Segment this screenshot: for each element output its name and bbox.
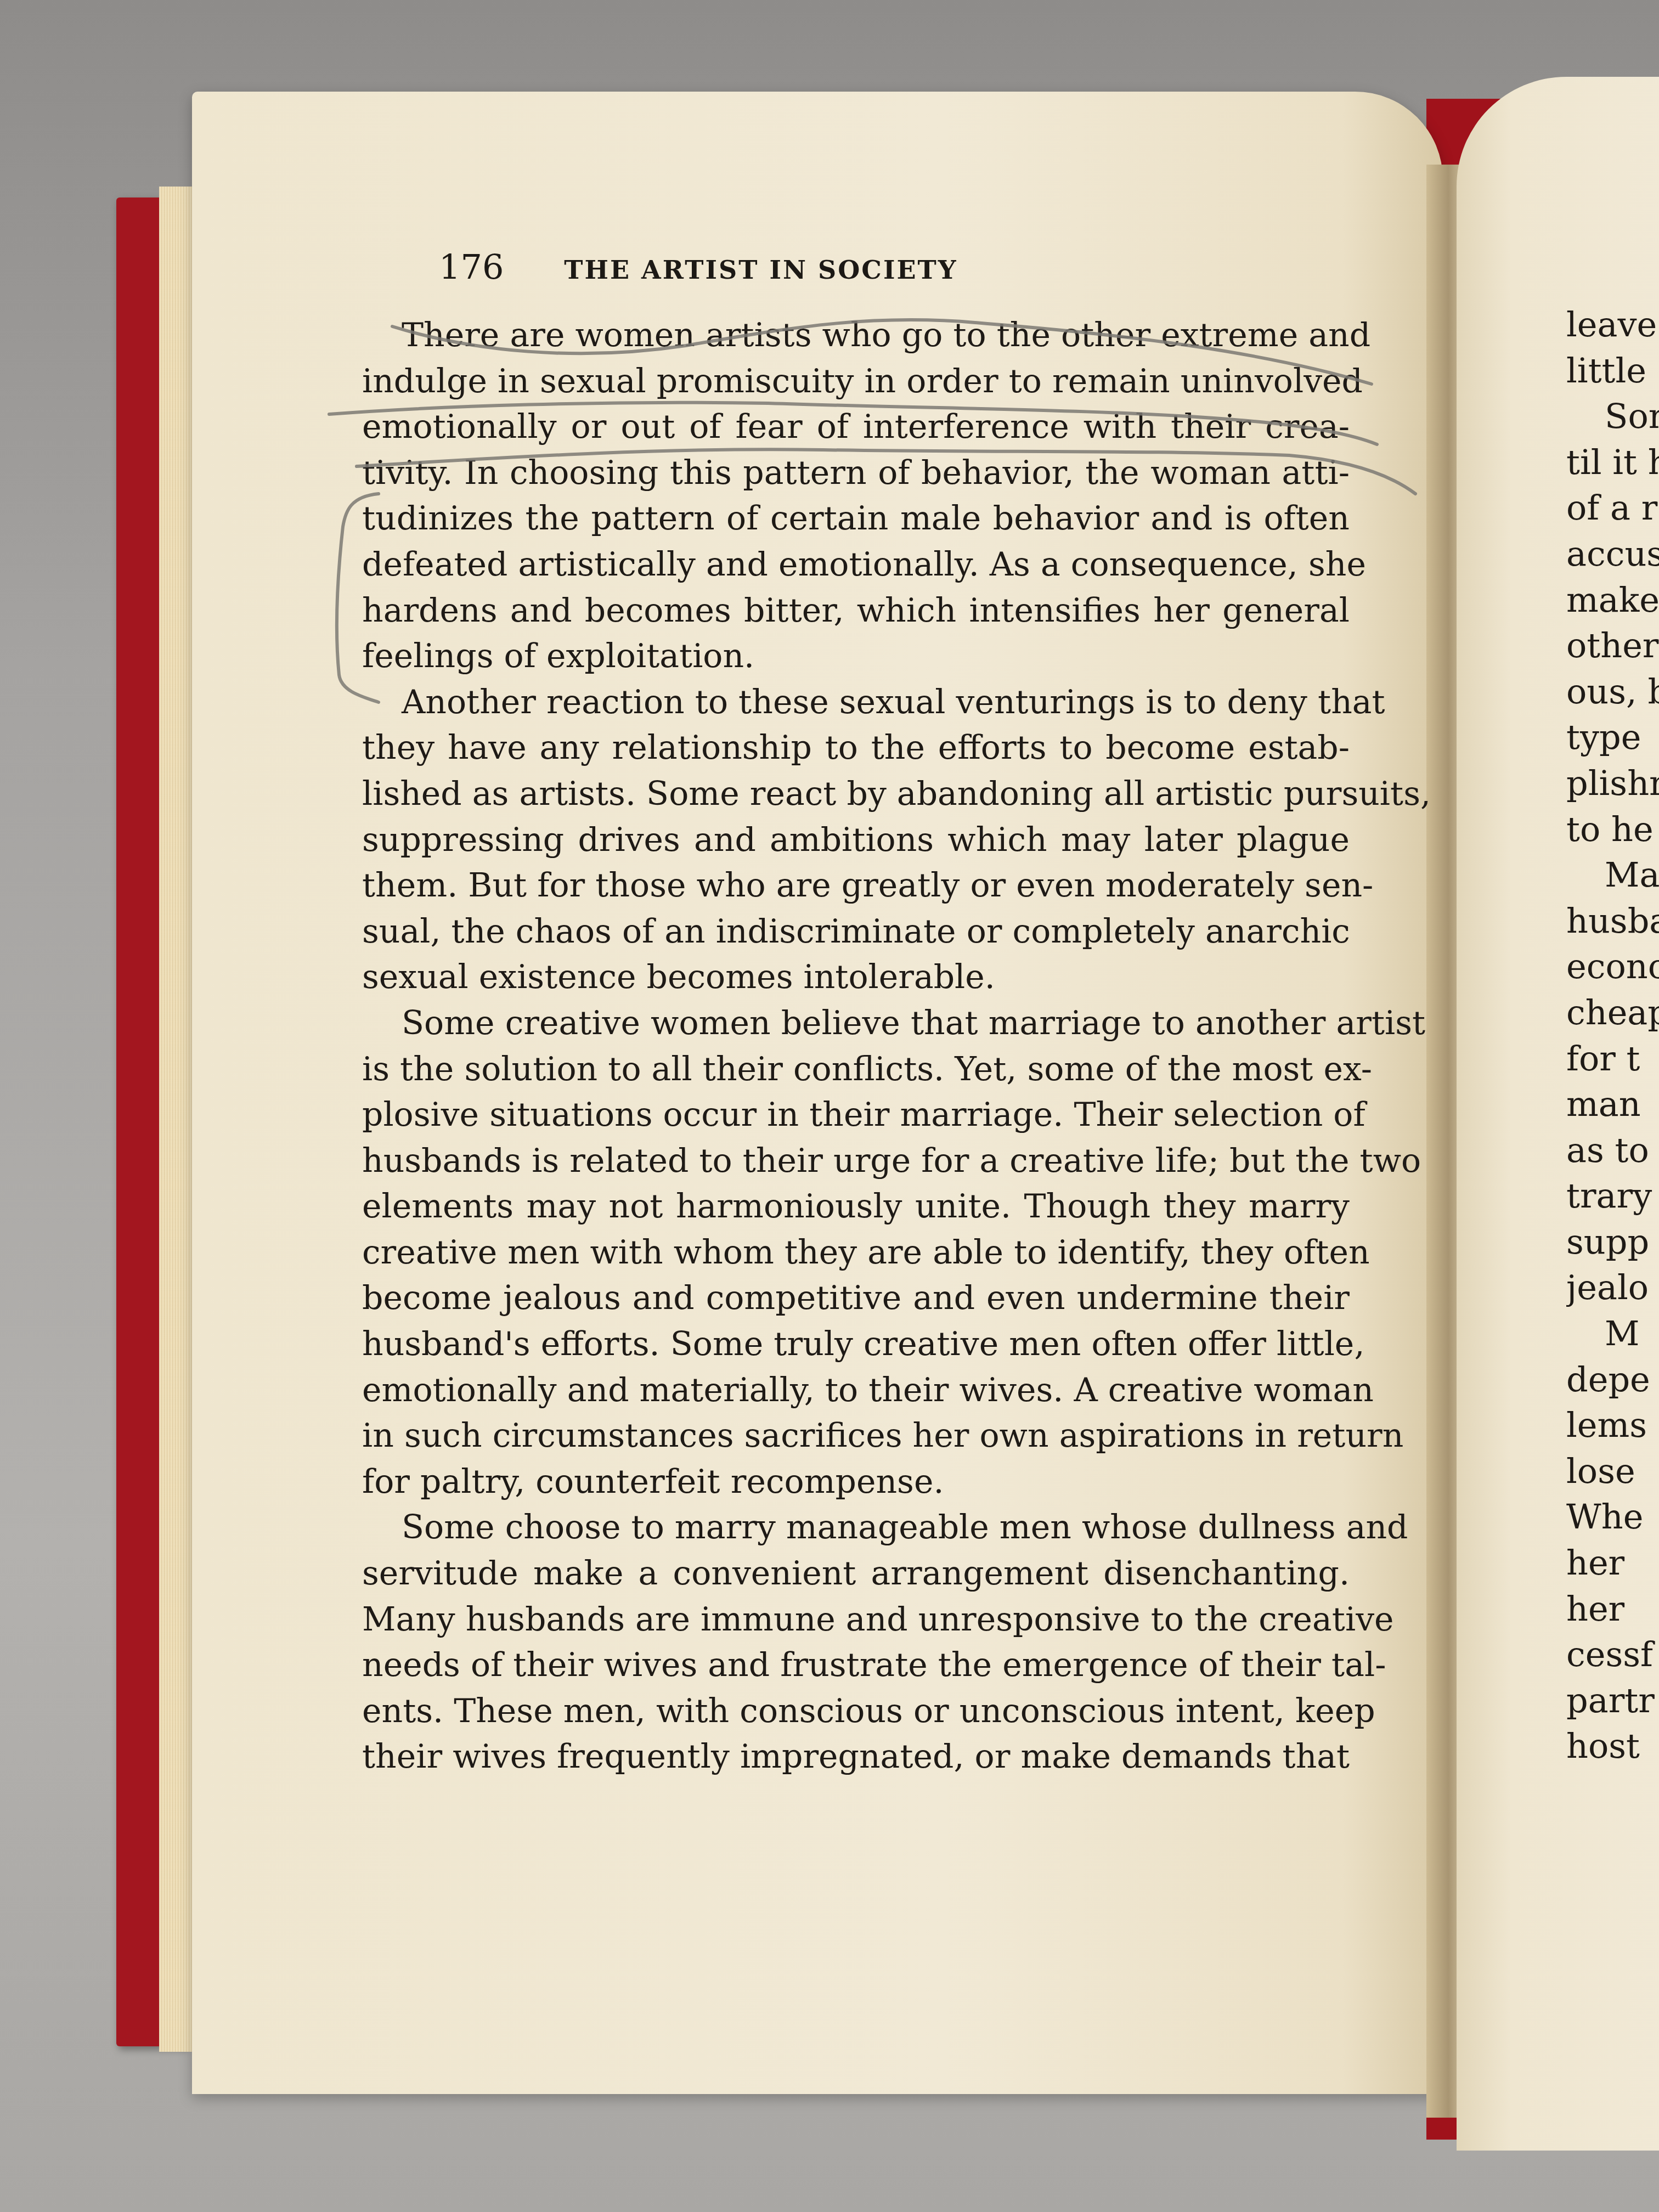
text-line: her	[1566, 1540, 1659, 1586]
text-line: type	[1566, 714, 1659, 760]
text-line: feelings of exploitation.	[362, 634, 1350, 680]
text-line: tudinizes the pattern of certain male be…	[362, 496, 1350, 542]
text-line: Some creative women believe that marriag…	[362, 1001, 1350, 1047]
text-line: lems	[1566, 1402, 1659, 1448]
text-line: Som	[1566, 393, 1659, 439]
text-line: Ma	[1566, 852, 1659, 898]
text-line: is the solution to all their conflicts. …	[362, 1047, 1350, 1093]
text-line: cessf	[1566, 1632, 1659, 1678]
running-head-title: THE ARTIST IN SOCIETY	[564, 255, 957, 285]
text-line: other	[1566, 623, 1659, 669]
text-line: servitude make a convenient arrangement …	[362, 1551, 1350, 1597]
text-line: their wives frequently impregnated, or m…	[362, 1734, 1350, 1780]
text-line: ous, b	[1566, 669, 1659, 715]
text-line: Many husbands are immune and unresponsiv…	[362, 1597, 1350, 1643]
text-line: lose	[1566, 1448, 1659, 1494]
left-page-body-text: There are women artists who go to the ot…	[362, 313, 1350, 1780]
text-line: defeated artistically and emotionally. A…	[362, 542, 1350, 588]
text-line: depe	[1566, 1357, 1659, 1403]
text-line: as to	[1566, 1127, 1659, 1173]
text-line: for t	[1566, 1036, 1659, 1082]
text-line: sexual existence becomes intolerable.	[362, 955, 1350, 1001]
text-line: supp	[1566, 1219, 1659, 1265]
text-line: jealo	[1566, 1265, 1659, 1311]
text-line: M	[1566, 1311, 1659, 1357]
text-line: husba	[1566, 898, 1659, 944]
text-line: of a r	[1566, 485, 1659, 531]
text-line: suppressing drives and ambitions which m…	[362, 817, 1350, 864]
text-line: indulge in sexual promiscuity in order t…	[362, 359, 1350, 405]
text-line: trary	[1566, 1173, 1659, 1219]
text-line: creative men with whom they are able to …	[362, 1230, 1350, 1276]
text-line: for paltry, counterfeit recompense.	[362, 1459, 1350, 1505]
text-line: in such circumstances sacrifices her own…	[362, 1413, 1350, 1459]
text-line: tivity. In choosing this pattern of beha…	[362, 450, 1350, 496]
text-line: Some choose to marry manageable men whos…	[362, 1505, 1350, 1551]
page-number: 176	[439, 247, 504, 287]
text-line: her	[1566, 1586, 1659, 1632]
text-line: plishn	[1566, 760, 1659, 806]
right-page-body-text: leavelittleSomtil it hof a raccusmakeoth…	[1566, 302, 1659, 1769]
text-line: plosive situations occur in their marria…	[362, 1092, 1350, 1138]
text-line: they have any relationship to the effort…	[362, 725, 1350, 771]
text-line: cheap	[1566, 990, 1659, 1036]
text-line: leave	[1566, 302, 1659, 348]
text-line: til it h	[1566, 439, 1659, 486]
text-line: elements may not harmoniously unite. Tho…	[362, 1184, 1350, 1230]
text-line: ents. These men, with conscious or uncon…	[362, 1689, 1350, 1735]
text-line: little	[1566, 348, 1659, 394]
text-line: become jealous and competitive and even …	[362, 1276, 1350, 1322]
text-line: needs of their wives and frustrate the e…	[362, 1643, 1350, 1689]
text-line: to he	[1566, 806, 1659, 853]
text-line: partr	[1566, 1678, 1659, 1724]
text-line: emotionally and materially, to their wiv…	[362, 1368, 1350, 1414]
text-line: Whe	[1566, 1494, 1659, 1540]
text-line: them. But for those who are greatly or e…	[362, 863, 1350, 909]
text-line: man	[1566, 1081, 1659, 1127]
text-line: sual, the chaos of an indiscriminate or …	[362, 909, 1350, 955]
text-line: emotionally or out of fear of interferen…	[362, 404, 1350, 450]
text-line: There are women artists who go to the ot…	[362, 313, 1350, 359]
text-line: econo	[1566, 944, 1659, 990]
text-line: lished as artists. Some react by abandon…	[362, 771, 1350, 817]
text-line: hardens and becomes bitter, which intens…	[362, 588, 1350, 634]
text-line: Another reaction to these sexual venturi…	[362, 680, 1350, 726]
text-line: accus	[1566, 531, 1659, 577]
text-line: husbands is related to their urge for a …	[362, 1138, 1350, 1184]
running-head: 176 THE ARTIST IN SOCIETY	[439, 247, 958, 291]
text-line: husband's efforts. Some truly creative m…	[362, 1322, 1350, 1368]
text-line: make	[1566, 577, 1659, 623]
text-line: host	[1566, 1723, 1659, 1769]
